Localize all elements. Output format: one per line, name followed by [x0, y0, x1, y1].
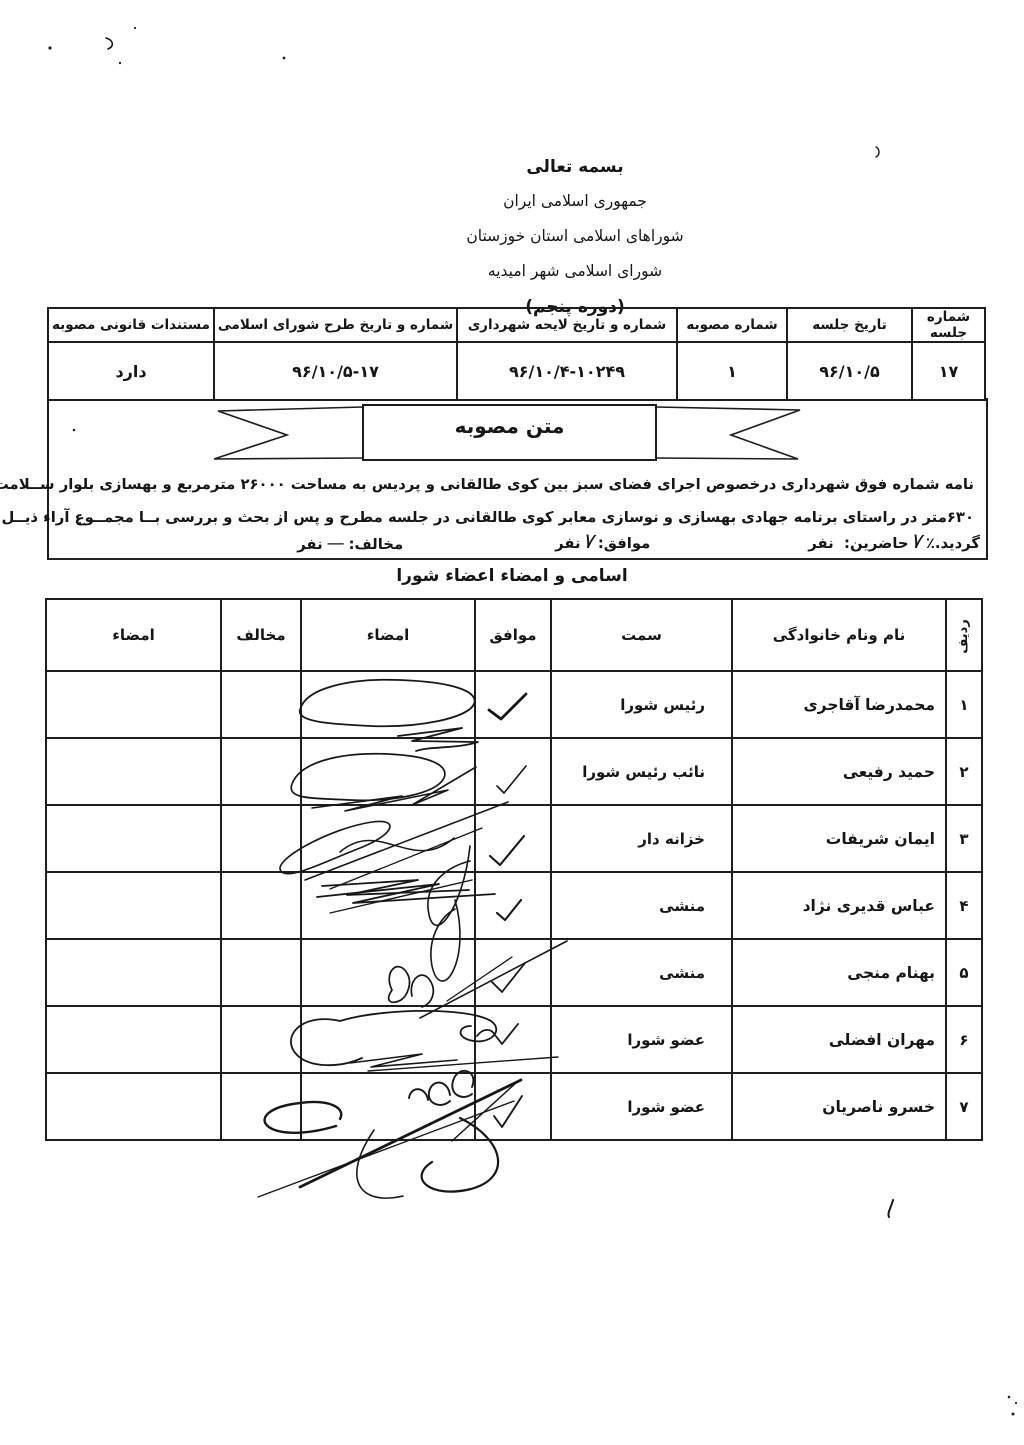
handwritten-present-count: ۷	[912, 541, 923, 542]
signature-cell	[301, 738, 475, 805]
col-agree: موافق	[475, 599, 551, 671]
member-name: خسرو ناصریان	[732, 1073, 946, 1140]
value-resolution-number: ۱	[677, 342, 787, 400]
oppose-cell	[221, 738, 301, 805]
oppose-cell	[221, 1073, 301, 1140]
signature-cell-2	[46, 671, 221, 738]
member-name: ایمان شریفات	[732, 805, 946, 872]
member-row: ۲ حمید رفیعی نائب رئیس شورا	[46, 738, 982, 805]
tally-oppose: مخالف:—نفر	[297, 533, 403, 554]
member-row: ۵ بهنام منجی منشی	[46, 939, 982, 1006]
value-municipality-bill: ۹۶/۱۰/۴-۱۰۲۴۹	[457, 342, 677, 400]
member-row: ۳ ایمان شریفات خزانه دار	[46, 805, 982, 872]
scan-speck	[48, 46, 51, 49]
member-row: ۷ خسرو ناصریان عضو شورا	[46, 1073, 982, 1140]
signature-cell	[301, 939, 475, 1006]
signature-cell	[301, 805, 475, 872]
member-name: حمید رفیعی	[732, 738, 946, 805]
member-row: ۴ عباس قدیری نژاد منشی	[46, 872, 982, 939]
signature-cell-2	[46, 872, 221, 939]
scan-speck	[1012, 1413, 1015, 1416]
scan-speck	[283, 57, 286, 60]
scan-speck	[1015, 1402, 1017, 1404]
col-full-name: نام ونام خانوادگی	[732, 599, 946, 671]
header-session-date: تاریخ جلسه	[787, 308, 912, 342]
header-council-plan: شماره و تاریخ طرح شورای اسلامی	[214, 308, 457, 342]
header-resolution-number: شماره مصوبه	[677, 308, 787, 342]
col-row-number: ردیف	[946, 599, 982, 671]
oppose-cell	[221, 939, 301, 1006]
signature-cell	[301, 671, 475, 738]
agree-mark-cell	[475, 671, 551, 738]
value-session-number: ۱۷	[912, 342, 985, 400]
signature-cell-2	[46, 738, 221, 805]
member-row: ۱ محمدرضا آقاجری رئیس شورا	[46, 671, 982, 738]
info-value-row: ۱۷ ۹۶/۱۰/۵ ۱ ۹۶/۱۰/۴-۱۰۲۴۹ ۹۶/۱۰/۵-۱۷ دا…	[48, 342, 985, 400]
agree-mark-cell	[475, 1006, 551, 1073]
agree-mark-cell	[475, 738, 551, 805]
tally-prefix: گردید.٪۷حاضرین: نفر	[808, 535, 980, 552]
tally-agree: موافق:۷نفر	[555, 535, 650, 552]
member-role: عضو شورا	[551, 1006, 732, 1073]
signature-cell-2	[46, 939, 221, 1006]
row-number: ۷	[946, 1073, 982, 1140]
oppose-cell	[221, 872, 301, 939]
value-council-plan: ۹۶/۱۰/۵-۱۷	[214, 342, 457, 400]
member-name: مهران افضلی	[732, 1006, 946, 1073]
signature-cell-2	[46, 1073, 221, 1140]
member-name: بهنام منجی	[732, 939, 946, 1006]
info-header-row: شماره جلسه تاریخ جلسه شماره مصوبه شماره …	[48, 308, 985, 342]
resolution-line-1: نامه شماره فوق شهرداری درخصوص اجرای فضای…	[50, 468, 974, 501]
member-role: رئیس شورا	[551, 671, 732, 738]
handwritten-agree-count: ۷	[584, 541, 595, 542]
signature-cell	[301, 872, 475, 939]
scanned-council-resolution-page: بسمه تعالی جمهوری اسلامی ایران شوراهای ا…	[0, 0, 1024, 1445]
resolution-banner-title: متن مصوبه	[363, 414, 656, 438]
agree-mark-cell	[475, 872, 551, 939]
city-council-line: شورای اسلامی شهر امیدیه	[220, 254, 930, 289]
row-number: ۴	[946, 872, 982, 939]
signature-cell	[301, 1006, 475, 1073]
oppose-cell	[221, 671, 301, 738]
country-line: جمهوری اسلامی ایران	[220, 184, 930, 219]
row-number: ۶	[946, 1006, 982, 1073]
scan-speck	[1008, 1396, 1011, 1399]
session-info-table: شماره جلسه تاریخ جلسه شماره مصوبه شماره …	[47, 307, 986, 401]
member-role: منشی	[551, 939, 732, 1006]
value-legal-docs: دارد	[48, 342, 214, 400]
col-signature-1: امضاء	[301, 599, 475, 671]
vote-tally-line: گردید.٪۷حاضرین: نفر موافق:۷نفر مخالف:—نف…	[46, 533, 980, 554]
header-municipality-bill: شماره و تاریخ لایحه شهرداری	[457, 308, 677, 342]
agree-mark-cell	[475, 939, 551, 1006]
col-signature-2: امضاء	[46, 599, 221, 671]
scan-speck	[134, 27, 136, 29]
row-number: ۲	[946, 738, 982, 805]
row-number: ۱	[946, 671, 982, 738]
agree-mark-cell	[475, 805, 551, 872]
signature-cell-2	[46, 805, 221, 872]
scan-mark	[888, 1200, 893, 1217]
signature-cell	[301, 1073, 475, 1140]
member-role: عضو شورا	[551, 1073, 732, 1140]
member-row: ۶ مهران افضلی عضو شورا	[46, 1006, 982, 1073]
agree-mark-cell	[475, 1073, 551, 1140]
value-session-date: ۹۶/۱۰/۵	[787, 342, 912, 400]
scan-mark	[106, 38, 112, 49]
handwritten-oppose-dash: —	[327, 533, 345, 554]
resolution-line-2: ۶۳۰متر در راستای برنامه جهادی بهسازی و ن…	[50, 501, 974, 534]
row-number: ۵	[946, 939, 982, 1006]
signatures-table: ردیف نام ونام خانوادگی سمت موافق امضاء م…	[45, 598, 983, 1141]
member-name: عباس قدیری نژاد	[732, 872, 946, 939]
member-name: محمدرضا آقاجری	[732, 671, 946, 738]
scan-speck	[119, 62, 121, 64]
oppose-cell	[221, 805, 301, 872]
signatures-section-title: اسامی و امضاء اعضاء شورا	[212, 566, 812, 586]
row-number: ۳	[946, 805, 982, 872]
signatures-header-row: ردیف نام ونام خانوادگی سمت موافق امضاء م…	[46, 599, 982, 671]
col-role: سمت	[551, 599, 732, 671]
oppose-cell	[221, 1006, 301, 1073]
member-role: منشی	[551, 872, 732, 939]
col-oppose: مخالف	[221, 599, 301, 671]
province-council-line: شوراهای اسلامی استان خوزستان	[220, 219, 930, 254]
signature-cell-2	[46, 1006, 221, 1073]
header-session-number: شماره جلسه	[912, 308, 985, 342]
resolution-body: نامه شماره فوق شهرداری درخصوص اجرای فضای…	[50, 468, 974, 534]
header-legal-docs: مستندات قانونی مصوبه	[48, 308, 214, 342]
letterhead: بسمه تعالی جمهوری اسلامی ایران شوراهای ا…	[220, 150, 930, 325]
member-role: نائب رئیس شورا	[551, 738, 732, 805]
basmala-line: بسمه تعالی	[220, 150, 930, 184]
member-role: خزانه دار	[551, 805, 732, 872]
